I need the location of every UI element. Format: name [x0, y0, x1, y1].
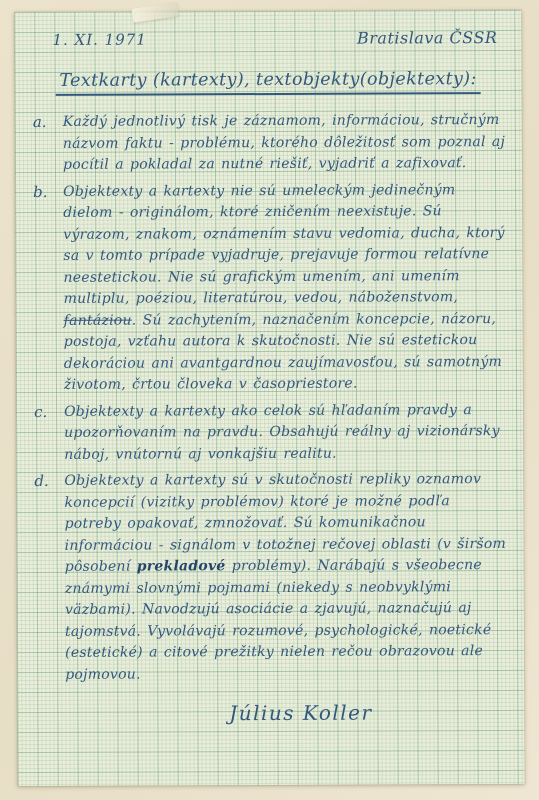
- signature-row: Július Koller: [31, 700, 510, 726]
- paragraph-b: b.Objektexty a kartexty nie sú umeleckým…: [31, 179, 507, 396]
- paragraph-list: a.Každý jednotlivý tisk je záznamom, inf…: [29, 108, 511, 686]
- paragraph-text: Objektexty a kartexty nie sú umeleckým j…: [63, 179, 507, 396]
- text-segment: prekladové: [137, 558, 226, 574]
- paragraph-marker: a.: [31, 112, 63, 131]
- paragraph-text: Objektexty a kartexty ako celok sú hľada…: [64, 399, 507, 465]
- scan-background: { "page": { "date": "1. XI. 1971", "plac…: [0, 0, 539, 800]
- paragraph-text: Každý jednotlivý tisk je záznamom, infor…: [63, 110, 506, 176]
- text-segment: Objektexty a kartexty nie sú umeleckým j…: [63, 182, 505, 307]
- text-segment: fantáziou: [64, 312, 132, 328]
- paragraph-a: a.Každý jednotlivý tisk je záznamom, inf…: [31, 110, 506, 177]
- place-label: Bratislava ČSSR: [357, 28, 498, 48]
- date-label: 1. XI. 1971: [52, 31, 146, 49]
- paragraph-marker: b.: [31, 181, 63, 200]
- paragraph-marker: d.: [32, 471, 64, 490]
- paragraph-marker: c.: [32, 401, 64, 420]
- text-segment: Každý jednotlivý tisk je záznamom, infor…: [63, 112, 505, 173]
- paragraph-d: d.Objektexty a kartexty sú v skutočnosti…: [32, 469, 508, 686]
- document-header: 1. XI. 1971 Bratislava ČSSR: [28, 18, 507, 49]
- paragraph-c: c.Objektexty a kartexty ako celok sú hľa…: [32, 399, 507, 466]
- text-segment: Objektexty a kartexty ako celok sú hľada…: [64, 402, 500, 463]
- text-segment: problémy). Narábajú s všeobecne známymi …: [65, 557, 492, 682]
- title-row: Textkarty (kartexty), textobjekty(objekt…: [29, 69, 508, 96]
- graph-paper-sheet: 1. XI. 1971 Bratislava ČSSR Textkarty (k…: [14, 10, 524, 786]
- paragraph-text: Objektexty a kartexty sú v skutočnosti r…: [64, 469, 508, 686]
- page-title: Textkarty (kartexty), textobjekty(objekt…: [55, 69, 481, 96]
- signature: Július Koller: [229, 701, 372, 726]
